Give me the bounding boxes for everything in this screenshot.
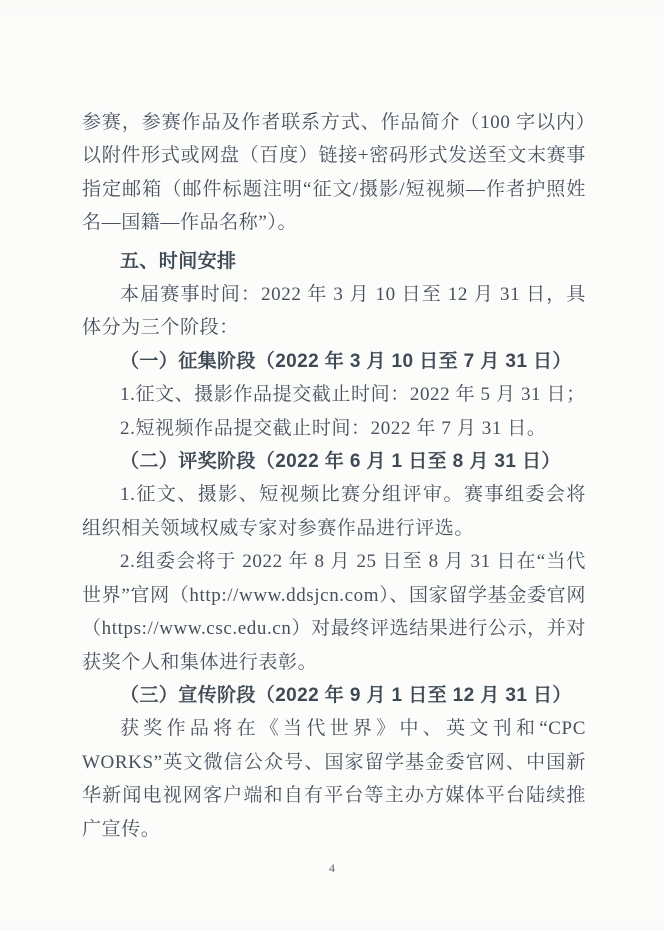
paragraph: 本届赛事时间：2022 年 3 月 10 日至 12 月 31 日，具体分为三个… (82, 278, 586, 345)
paragraph: 2.组委会将于 2022 年 8 月 25 日至 8 月 31 日在“当代世界”… (82, 545, 586, 679)
section-heading: （二）评奖阶段（2022 年 6 月 1 日至 8 月 31 日） (82, 445, 586, 478)
page-number: 4 (0, 861, 664, 876)
paragraph: 1.征文、摄影、短视频比赛分组评审。赛事组委会将组织相关领域权威专家对参赛作品进… (82, 478, 586, 545)
section-heading: （一）征集阶段（2022 年 3 月 10 日至 7 月 31 日） (82, 345, 586, 378)
section-heading: 五、时间安排 (82, 245, 586, 278)
paragraph: 获奖作品将在《当代世界》中、英文刊和“CPC WORKS”英文微信公众号、国家留… (82, 712, 586, 846)
paragraph: 2.短视频作品提交截止时间：2022 年 7 月 31 日。 (82, 412, 586, 445)
document-page: 参赛，参赛作品及作者联系方式、作品简介（100 字以内）以附件形式或网盘（百度）… (0, 0, 664, 931)
document-body: 参赛，参赛作品及作者联系方式、作品简介（100 字以内）以附件形式或网盘（百度）… (82, 106, 586, 846)
paragraph: 1.征文、摄影作品提交截止时间：2022 年 5 月 31 日； (82, 378, 586, 411)
section-heading: （三）宣传阶段（2022 年 9 月 1 日至 12 月 31 日） (82, 679, 586, 712)
paragraph: 参赛，参赛作品及作者联系方式、作品简介（100 字以内）以附件形式或网盘（百度）… (82, 106, 586, 240)
